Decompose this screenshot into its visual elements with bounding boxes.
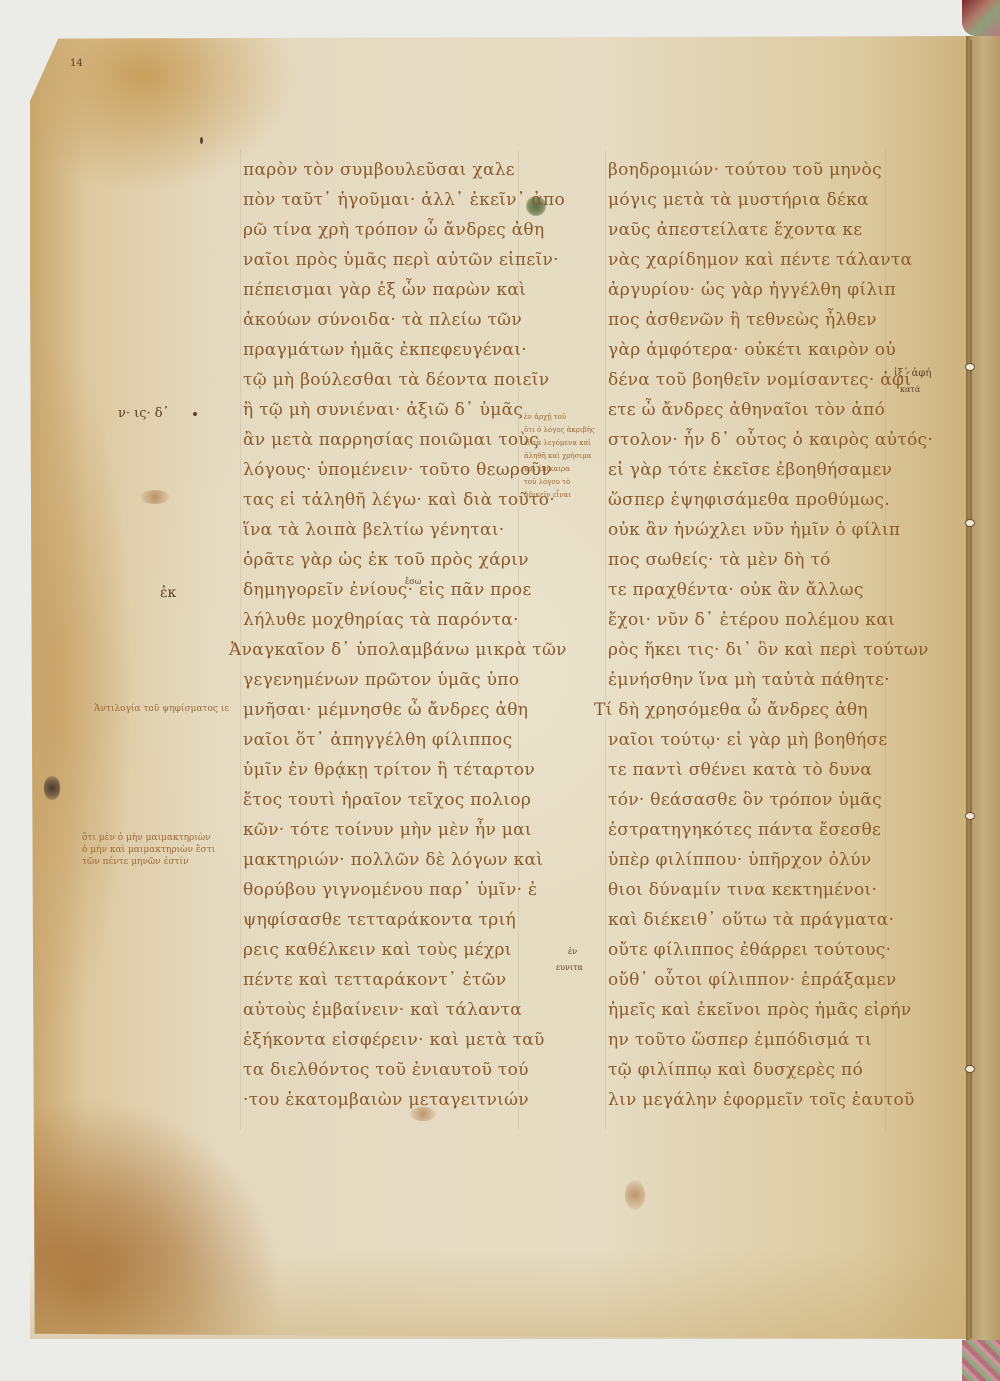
- text-line: ἑξήκοντα εἰσφέρειν· καὶ μετὰ ταῦ: [243, 1030, 545, 1050]
- text-line: θιοι δύναμίν τινα κεκτημένοι·: [608, 880, 877, 900]
- text-line: ἀκούων σύνοιδα· τὰ πλείω τῶν: [243, 310, 522, 330]
- ruling-line: [605, 150, 606, 1130]
- text-line: ρὸς ἥκει τις· δι᾽ ὃν καὶ περὶ τούτων: [608, 640, 929, 660]
- text-line: αὐτοὺς ἐμβαίνειν· καὶ τάλαντα: [243, 1000, 522, 1020]
- marginal-scholion-line: ἀδικεῖν εἶναι: [524, 490, 571, 501]
- text-line: κῶν· τότε τοίνυν μὴν μὲν ἦν μαι: [243, 820, 532, 840]
- text-line: δημηγορεῖν ἐνίους· εἰς πᾶν προε: [243, 580, 532, 600]
- text-line: ρεις καθέλκειν καὶ τοὺς μέχρι: [243, 940, 512, 960]
- marginal-note: ἐκ: [160, 588, 176, 599]
- text-line: μόγις μετὰ τὰ μυστήρια δέκα: [608, 190, 869, 210]
- marginal-scholion-line: ἐν ἀρχῇ τοῦ: [524, 412, 566, 423]
- interlinear-insertion: ἔσω: [405, 576, 421, 587]
- marginal-scholion-line: ὅτι μὲν ὁ μὴν μαιμακτηριὼν: [82, 833, 211, 844]
- text-line: τε πραχθέντα· οὐκ ἂν ἄλλως: [608, 580, 864, 600]
- binding-cloth-top: [962, 0, 1000, 36]
- marginal-scholion-line: εἰ τὰ λεγόμενα καὶ: [524, 438, 591, 449]
- sewing-hole: [966, 813, 974, 819]
- text-line: πραγμάτων ἡμᾶς ἐκπεφευγέναι·: [243, 340, 527, 360]
- text-line: ἐμνήσθην ἵνα μὴ ταὐτὰ πάθητε·: [608, 670, 890, 690]
- text-line: ἔτος τουτὶ ἡραῖον τεῖχος πολιορ: [243, 790, 531, 810]
- text-line: βοηδρομιών· τούτου τοῦ μηνὸς: [608, 160, 882, 180]
- text-line: πος σωθείς· τὰ μὲν δὴ τό: [608, 550, 831, 570]
- text-line: ἀργυρίου· ὡς γὰρ ἠγγέλθη φίλιπ: [608, 280, 896, 300]
- fold-line: [970, 40, 972, 1338]
- text-line: γὰρ ἀμφότερα· οὐκέτι καιρὸν οὐ: [608, 340, 896, 360]
- marginal-note: ἐν: [568, 946, 577, 957]
- binding-cloth-bottom: [962, 1340, 1000, 1381]
- text-line: ετε ὦ ἄνδρες ἀθηναῖοι τὸν ἀπό: [608, 400, 885, 420]
- text-line: πέντε καὶ τετταράκοντ᾽ ἐτῶν: [243, 970, 506, 990]
- text-line: ἢ τῷ μὴ συνιέναι· ἀξιῶ δ᾽ ὑμᾶς: [243, 400, 523, 420]
- folio-number: 14: [70, 58, 83, 69]
- text-line: ὑμῖν ἐν θρᾴκῃ τρίτον ἢ τέταρτον: [243, 760, 535, 780]
- text-line: οὔθ᾽ οὗτοι φίλιππον· ἐπράξαμεν: [608, 970, 897, 990]
- text-line: ὁρᾶτε γὰρ ὡς ἐκ τοῦ πρὸς χάριν: [243, 550, 529, 570]
- text-line: γεγενημένων πρῶτον ὑμᾶς ὑπο: [243, 670, 519, 690]
- text-line: τε παντὶ σθένει κατὰ τὸ δυνα: [608, 760, 872, 780]
- sewing-hole: [966, 520, 974, 526]
- text-line: ἐστρατηγηκότες πάντα ἔσεσθε: [608, 820, 881, 840]
- text-line: μακτηριών· πολλῶν δὲ λόγων καὶ: [243, 850, 543, 870]
- text-line: στολον· ἦν δ᾽ οὗτος ὁ καιρὸς αὐτός·: [608, 430, 933, 450]
- text-line: τόν· θεάσασθε ὃν τρόπον ὑμᾶς: [608, 790, 882, 810]
- text-line: ἂν μετὰ παρρησίας ποιῶμαι τοὺς: [243, 430, 539, 450]
- marginal-scholion-line: τῶν πέντε μηνῶν ἐστίν: [82, 857, 189, 868]
- marginal-scholion-line: τοῦ λόγου τὸ: [524, 477, 570, 488]
- text-line: τῷ μὴ βούλεσθαι τὰ δέοντα ποιεῖν: [243, 370, 549, 390]
- ink-speck: [193, 412, 197, 416]
- text-line: νὰς χαρίδημον καὶ πέντε τάλαντα: [608, 250, 912, 270]
- text-line: πος ἀσθενῶν ἢ τεθνεὼς ἦλθεν: [608, 310, 877, 330]
- text-line: ὥσπερ ἐψηφισάμεθα προθύμως.: [608, 490, 890, 510]
- stain-spot: [625, 1180, 645, 1210]
- text-line: ην τοῦτο ὥσπερ ἐμπόδισμά τι: [608, 1030, 872, 1050]
- parchment-bottom-shade: [30, 1250, 970, 1339]
- text-line: λιν μεγάλην ἐφορμεῖν τοῖς ἑαυτοῦ: [608, 1090, 915, 1110]
- marginal-scholion-line: ὅτι ὁ λόγος ἀκριβὴς: [524, 425, 595, 436]
- text-line: ·του ἑκατομβαιὼν μεταγειτνιών: [243, 1090, 529, 1110]
- text-line: πέπεισμαι γὰρ ἐξ ὧν παρὼν καὶ: [243, 280, 526, 300]
- text-line: ψηφίσασθε τετταράκοντα τριή: [243, 910, 516, 930]
- marginal-scholion-line: ὁ μὴν καὶ μαιμακτηριὼν ἔστι: [82, 845, 215, 856]
- text-line: μνῆσαι· μέμνησθε ὦ ἄνδρες ἀθη: [243, 700, 528, 720]
- stain-spot: [140, 490, 170, 504]
- text-line: ἵνα τὰ λοιπὰ βελτίω γένηται·: [243, 520, 505, 540]
- sewing-hole: [966, 1066, 974, 1072]
- text-line: ναῦς ἀπεστείλατε ἔχοντα κε: [608, 220, 862, 240]
- text-line: ναῖοι τούτῳ· εἰ γὰρ μὴ βοηθήσε: [608, 730, 887, 750]
- marginal-scholion-line: καὶ ἐπίκαιρα: [524, 464, 570, 475]
- text-line: λόγους· ὑπομένειν· τοῦτο θεωροῦν: [243, 460, 552, 480]
- marginal-note: ν· ις· δ᾽: [118, 408, 169, 419]
- text-line: δένα τοῦ βοηθεῖν νομίσαντες· ἀφί: [608, 370, 911, 390]
- text-line: πὸν ταῦτ᾽ ἡγοῦμαι· ἀλλ᾽ ἐκεῖν᾽ ἀπο: [243, 190, 565, 210]
- text-line: τας εἰ τἀληθῆ λέγω· καὶ διὰ τοῦτο·: [243, 490, 555, 510]
- text-line: τῷ φιλίππῳ καὶ δυσχερὲς πό: [608, 1060, 863, 1080]
- marginal-scholion-line: ἀληθῆ καὶ χρήσιμα: [524, 451, 591, 462]
- marginal-note: ευνιτα: [556, 962, 583, 973]
- text-line: εἰ γὰρ τότε ἐκεῖσε ἐβοηθήσαμεν: [608, 460, 892, 480]
- text-line-paragraph-start: Ἀναγκαῖον δ᾽ ὑπολαμβάνω μικρὰ τῶν: [229, 640, 567, 660]
- sewing-hole: [966, 364, 974, 370]
- text-line: παρὸν τὸν συμβουλεῦσαι χαλε: [243, 160, 515, 180]
- text-line: οὔτε φίλιππος ἐθάρρει τούτους·: [608, 940, 891, 960]
- text-line: θορύβου γιγνομένου παρ᾽ ὑμῖν· ἐ: [243, 880, 537, 900]
- marginal-note: Ἀντιλογία τοῦ ψηφίσματος ιε: [94, 704, 229, 715]
- ink-speck: [200, 137, 203, 144]
- text-line: ὑπὲρ φιλίππου· ὑπῆρχον ὀλύν: [608, 850, 872, 870]
- text-line: ναῖοι πρὸς ὑμᾶς περὶ αὐτῶν εἰπεῖν·: [243, 250, 559, 270]
- text-line: τα διελθόντος τοῦ ἐνιαυτοῦ τού: [243, 1060, 529, 1080]
- text-line: ἡμεῖς καὶ ἐκεῖνοι πρὸς ἡμᾶς εἰρήν: [608, 1000, 912, 1020]
- text-line: ναῖοι ὅτ᾽ ἀπηγγέλθη φίλιππος: [243, 730, 512, 750]
- text-line-paragraph-start: Τί δὴ χρησόμεθα ὦ ἄνδρες ἀθη: [594, 700, 868, 720]
- text-line: καὶ διέκειθ᾽ οὕτω τὰ πράγματα·: [608, 910, 894, 930]
- text-line: ρῶ τίνα χρὴ τρόπον ὦ ἄνδρες ἀθη: [243, 220, 544, 240]
- text-line: λήλυθε μοχθηρίας τὰ παρόντα·: [243, 610, 519, 630]
- marginal-note: ἰξ᾽ ἀφή: [894, 368, 931, 379]
- ink-blot: [44, 776, 60, 800]
- marginal-note: κατά: [900, 384, 920, 395]
- text-line: οὐκ ἂν ἠνώχλει νῦν ἡμῖν ὁ φίλιπ: [608, 520, 900, 540]
- text-line: ἔχοι· νῦν δ᾽ ἑτέρου πολέμου και: [608, 610, 895, 630]
